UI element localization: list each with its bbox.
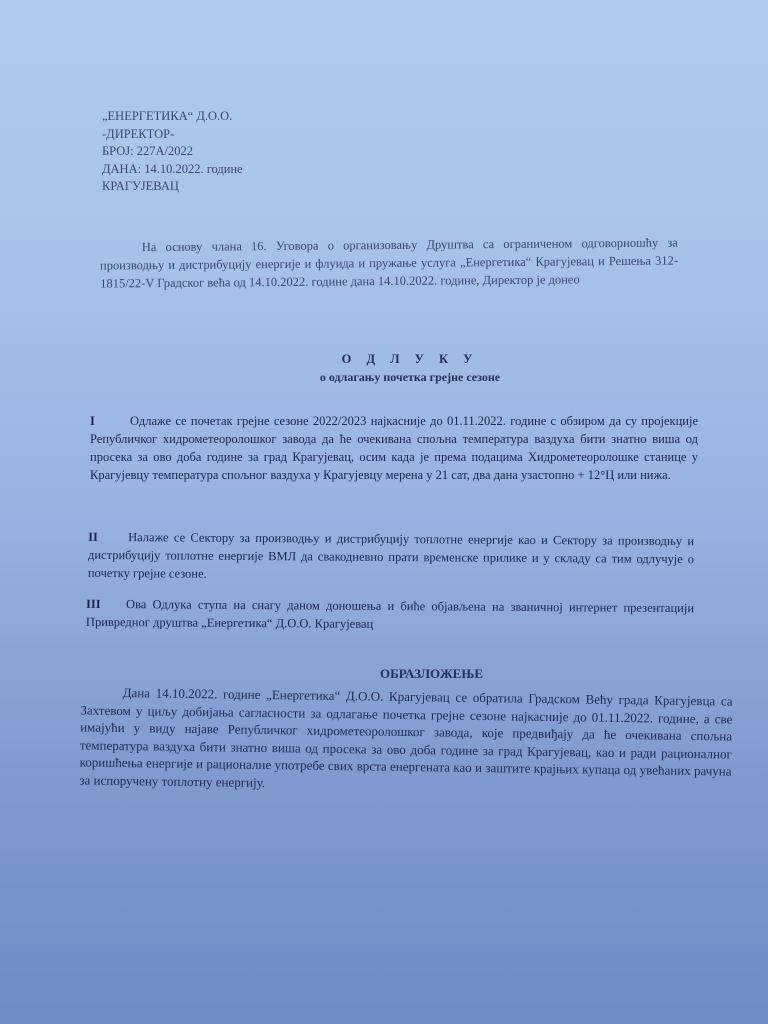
document-date: ДАНА: 14.10.2022. године <box>102 161 243 179</box>
decision-subtitle: о одлагању почетка грејне сезоне <box>300 368 520 386</box>
section-1: IОдлаже се почетак грејне сезоне 2022/20… <box>90 412 698 484</box>
section-text: Ова Одлука ступа на снагу даном доношења… <box>86 597 694 631</box>
explanation-paragraph: Дана 14.10.2022. године „Енергетика“ Д.О… <box>79 683 732 797</box>
document-city: КРАГУЈЕВАЦ <box>102 178 243 196</box>
document-number: БРОЈ: 227А/2022 <box>102 143 243 161</box>
section-number: I <box>90 412 130 430</box>
section-number: III <box>86 595 126 613</box>
explanation-title: ОБРАЗЛОЖЕЊЕ <box>380 665 483 683</box>
section-3: IIIОва Одлука ступа на снагу даном донош… <box>86 595 694 635</box>
decision-title-block: О Д Л У К У о одлагању почетка грејне се… <box>300 350 520 386</box>
intro-paragraph: На основу члана 16. Уговора о организова… <box>100 233 678 292</box>
section-text: Налаже се Сектору за производњу и дистри… <box>88 530 694 581</box>
director-role: -ДИРЕКТОР- <box>102 126 243 144</box>
section-2: IIНалаже се Сектору за производњу и дист… <box>88 528 694 586</box>
document-page: „ЕНЕРГЕТИКА“ Д.О.О. -ДИРЕКТОР- БРОЈ: 227… <box>0 0 768 1024</box>
section-text: Одлаже се почетак грејне сезоне 2022/202… <box>90 414 698 482</box>
document-header: „ЕНЕРГЕТИКА“ Д.О.О. -ДИРЕКТОР- БРОЈ: 227… <box>102 108 243 196</box>
decision-title: О Д Л У К У <box>300 350 520 368</box>
section-number: II <box>88 528 128 546</box>
company-name: „ЕНЕРГЕТИКА“ Д.О.О. <box>102 108 243 126</box>
